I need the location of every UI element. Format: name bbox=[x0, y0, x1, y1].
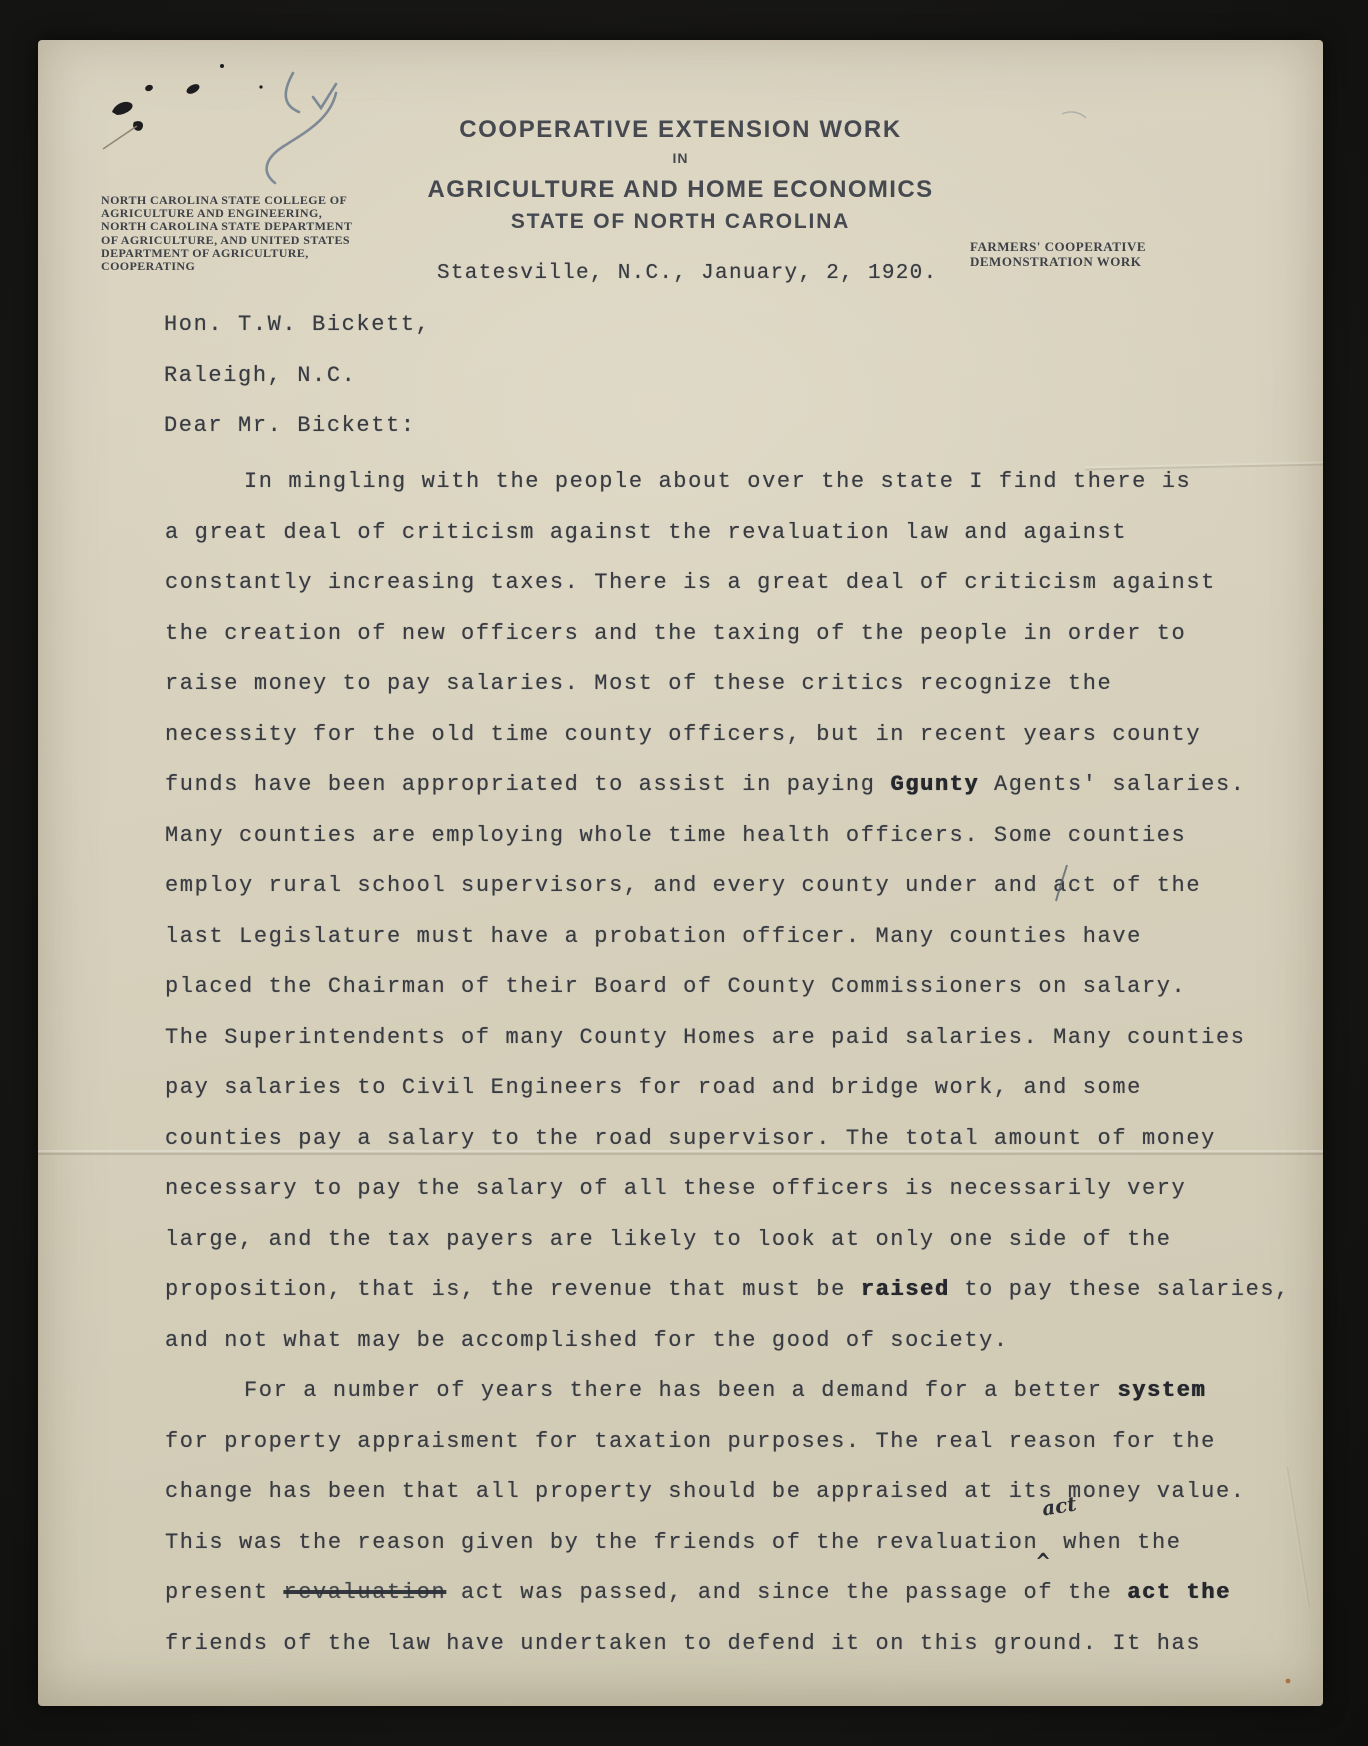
letter-line-19: For a number of years there has been a d… bbox=[165, 1366, 1340, 1417]
text-segment: This was the reason given by the friends… bbox=[165, 1530, 1038, 1555]
text-segment: necessity for the old time county office… bbox=[165, 722, 1201, 747]
text-segment: Agents' salaries. bbox=[979, 772, 1245, 797]
text-segment: the creation of new officers and the tax… bbox=[165, 621, 1186, 646]
text-segment: last Legislature must have a probation o… bbox=[165, 924, 1142, 949]
insertion-caret: ^ bbox=[1036, 1552, 1053, 1575]
recipient-address: Hon. T.W. Bickett, Raleigh, N.C. bbox=[164, 300, 430, 401]
text-segment: In mingling with the people about over t… bbox=[244, 469, 1191, 494]
letter-line-2: a great deal of criticism against the re… bbox=[165, 508, 1340, 559]
letter-line-20: for property appraisment for taxation pu… bbox=[165, 1417, 1340, 1468]
overstruck-word: raised bbox=[861, 1277, 950, 1302]
text-segment: pay salaries to Civil Engineers for road… bbox=[165, 1075, 1142, 1100]
text-segment: constantly increasing taxes. There is a … bbox=[165, 570, 1216, 595]
struck-out-word: revaluation bbox=[283, 1580, 446, 1605]
text-segment: for property appraisment for taxation pu… bbox=[165, 1429, 1216, 1454]
letter-line-5: raise money to pay salaries. Most of the… bbox=[165, 659, 1340, 710]
letter-line-12: The Superintendents of many County Homes… bbox=[165, 1013, 1340, 1064]
letter-line-3: constantly increasing taxes. There is a … bbox=[165, 558, 1340, 609]
text-segment: counties pay a salary to the road superv… bbox=[165, 1126, 1216, 1151]
text-segment: funds have been appropriated to assist i… bbox=[165, 772, 890, 797]
letter-line-18: and not what may be accomplished for the… bbox=[165, 1316, 1340, 1367]
letter-line-1: In mingling with the people about over t… bbox=[165, 457, 1340, 508]
handwritten-insertion-word: act bbox=[1041, 1493, 1078, 1518]
text-segment: to pay these salaries, bbox=[950, 1277, 1290, 1302]
text-segment: change has been that all property should… bbox=[165, 1479, 1246, 1504]
letter-line-8: Many counties are employing whole time h… bbox=[165, 811, 1340, 862]
letter-line-15: necessary to pay the salary of all these… bbox=[165, 1164, 1340, 1215]
letter-line-13: pay salaries to Civil Engineers for road… bbox=[165, 1063, 1340, 1114]
text-segment: large, and the tax payers are likely to … bbox=[165, 1227, 1172, 1252]
letter-scan-photo: { "colors": { "background": "#141412", "… bbox=[0, 0, 1368, 1746]
letter-line-24: friends of the law have undertaken to de… bbox=[165, 1619, 1340, 1670]
letter-line-17: proposition, that is, the revenue that m… bbox=[165, 1265, 1340, 1316]
text-segment: when the bbox=[1048, 1530, 1181, 1555]
text-segment: friends of the law have undertaken to de… bbox=[165, 1631, 1201, 1656]
letter-line-9: employ rural school supervisors, and eve… bbox=[165, 861, 1340, 912]
letter-line-14: counties pay a salary to the road superv… bbox=[165, 1114, 1340, 1165]
text-segment: Many counties are employing whole time h… bbox=[165, 823, 1186, 848]
letter-line-11: placed the Chairman of their Board of Co… bbox=[165, 962, 1340, 1013]
dateline: Statesville, N.C., January, 2, 1920. bbox=[437, 262, 937, 285]
letter-line-7: funds have been appropriated to assist i… bbox=[165, 760, 1340, 811]
salutation: Dear Mr. Bickett: bbox=[164, 401, 416, 452]
letter-line-6: necessity for the old time county office… bbox=[165, 710, 1340, 761]
letter-line-23: present revaluation act was passed, and … bbox=[165, 1568, 1340, 1619]
text-segment: and not what may be accomplished for the… bbox=[165, 1328, 1009, 1353]
letter-body: In mingling with the people about over t… bbox=[165, 457, 1340, 1669]
letter-line-4: the creation of new officers and the tax… bbox=[165, 609, 1340, 660]
letterhead-title-line1: COOPERATIVE EXTENSION WORK bbox=[38, 116, 1323, 144]
text-segment: present bbox=[165, 1580, 283, 1605]
letterhead-cooperating-agencies: NORTH CAROLINA STATE COLLEGE OF AGRICULT… bbox=[101, 194, 381, 273]
text-segment: For a number of years there has been a d… bbox=[244, 1378, 1117, 1403]
letterhead-title-in: IN bbox=[38, 150, 1323, 166]
text-segment: necessary to pay the salary of all these… bbox=[165, 1176, 1186, 1201]
letter-line-10: last Legislature must have a probation o… bbox=[165, 912, 1340, 963]
overstruck-word: act the bbox=[1127, 1580, 1231, 1605]
text-segment: a great deal of criticism against the re… bbox=[165, 520, 1127, 545]
text-segment: raise money to pay salaries. Most of the… bbox=[165, 671, 1112, 696]
letter-line-22: This was the reason given by the friends… bbox=[165, 1518, 1340, 1569]
letterhead-demonstration-work: FARMERS' COOPERATIVE DEMONSTRATION WORK bbox=[970, 239, 1200, 269]
handwritten-insertion: act^ bbox=[1038, 1547, 1048, 1548]
text-segment: The Superintendents of many County Homes… bbox=[165, 1025, 1246, 1050]
letter-line-16: large, and the tax payers are likely to … bbox=[165, 1215, 1340, 1266]
letter-line-21: change has been that all property should… bbox=[165, 1467, 1340, 1518]
text-segment: employ rural school supervisors, and eve… bbox=[165, 873, 1201, 898]
overstruck-word: Ggunty bbox=[890, 772, 979, 797]
text-segment: placed the Chairman of their Board of Co… bbox=[165, 974, 1186, 999]
overstruck-word: system bbox=[1117, 1378, 1206, 1403]
text-segment: act was passed, and since the passage of… bbox=[446, 1580, 1127, 1605]
text-segment: proposition, that is, the revenue that m… bbox=[165, 1277, 861, 1302]
